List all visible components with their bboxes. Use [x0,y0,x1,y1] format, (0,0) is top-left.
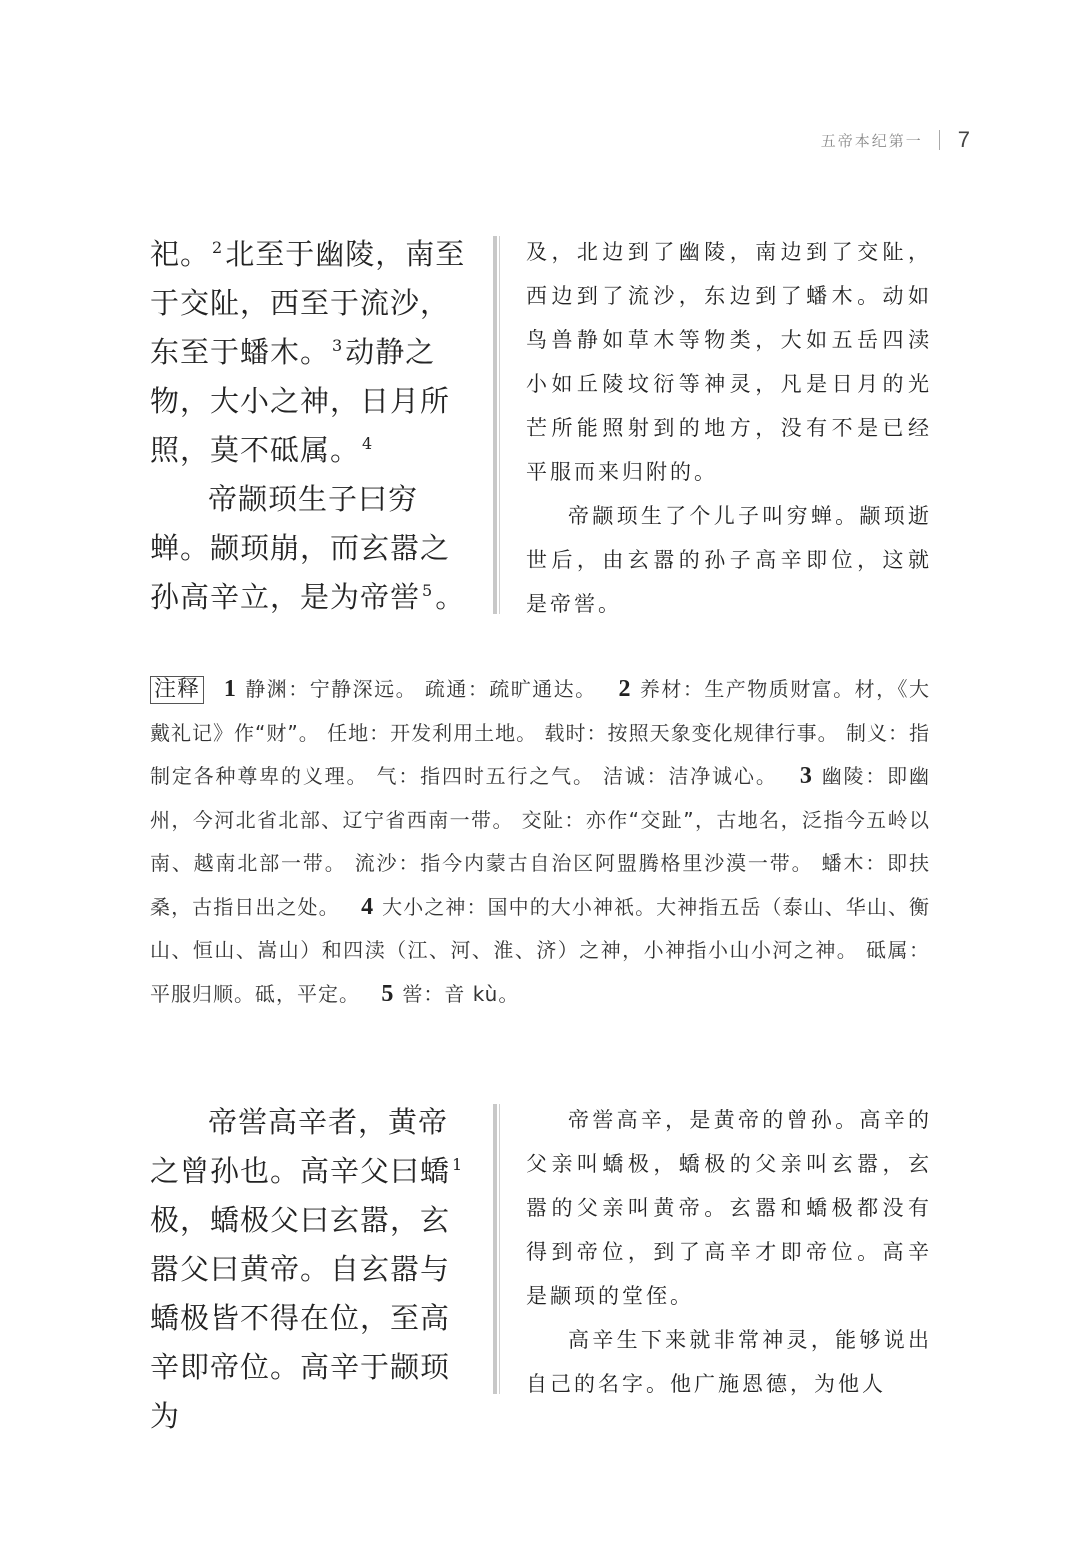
original-paragraph: 帝颛顼生子曰穷蝉。颛顼崩，而玄嚣之孙高辛立，是为帝喾5。 [150,475,468,622]
footnote-ref: 3 [332,336,343,355]
annotations: 注释 1静渊：宁静深远。 疏通：疏旷通达。 2养材：生产物质财富。材，《大戴礼记… [150,668,930,1016]
translation-text: 及，北边到了幽陵，南边到了交阯，西边到了流沙，东边到了蟠木。动如鸟兽静如草木等物… [526,230,932,626]
footnote-ref: 5 [422,581,433,600]
column-divider [493,1104,503,1394]
header-divider [939,130,940,150]
translation-paragraph: 帝喾高辛，是黄帝的曾孙。高辛的父亲叫蟜极，蟜极的父亲叫玄嚣，玄嚣的父亲叫黄帝。玄… [526,1098,932,1318]
translation-paragraph: 帝颛顼生了个儿子叫穷蝉。颛顼逝世后，由玄嚣的孙子高辛即位，这就是帝喾。 [526,494,932,626]
original-paragraph: 祀。2北至于幽陵，南至于交阯，西至于流沙，东至于蟠木。3动静之物，大小之神，日月… [150,230,468,475]
note-number: 1 [224,676,237,702]
page-number: 7 [958,127,970,153]
chapter-title: 五帝本纪第一 [821,130,923,151]
footnote-ref: 4 [362,434,373,453]
translation-paragraph: 及，北边到了幽陵，南边到了交阯，西边到了流沙，东边到了蟠木。动如鸟兽静如草木等物… [526,230,932,494]
column-divider [493,236,503,614]
original-text: 帝喾高辛者，黄帝之曾孙也。高辛父曰蟜1极，蟜极父曰玄嚣，玄嚣父曰黄帝。自玄嚣与蟜… [150,1098,468,1441]
section-1: 祀。2北至于幽陵，南至于交阯，西至于流沙，东至于蟠木。3动静之物，大小之神，日月… [150,230,930,620]
note-number: 5 [381,981,394,1007]
running-header: 五帝本纪第一 7 [780,124,970,156]
note-number: 3 [800,763,813,789]
notes-label: 注释 [150,676,204,704]
footnote-ref: 2 [212,238,223,257]
translation-text: 帝喾高辛，是黄帝的曾孙。高辛的父亲叫蟜极，蟜极的父亲叫玄嚣，玄嚣的父亲叫黄帝。玄… [526,1098,932,1406]
section-2: 帝喾高辛者，黄帝之曾孙也。高辛父曰蟜1极，蟜极父曰玄嚣，玄嚣父曰黄帝。自玄嚣与蟜… [150,1098,930,1398]
note-text: 喾：音 kù。 [402,982,519,1006]
note-text: 静渊：宁静深远。 疏通：疏旷通达。 [245,677,597,701]
original-paragraph: 帝喾高辛者，黄帝之曾孙也。高辛父曰蟜1极，蟜极父曰玄嚣，玄嚣父曰黄帝。自玄嚣与蟜… [150,1098,468,1441]
translation-paragraph: 高辛生下来就非常神灵，能够说出自己的名字。他广施恩德，为他人 [526,1318,932,1406]
original-text: 祀。2北至于幽陵，南至于交阯，西至于流沙，东至于蟠木。3动静之物，大小之神，日月… [150,230,468,622]
footnote-ref: 1 [452,1155,463,1174]
note-number: 2 [618,676,631,702]
note-number: 4 [361,894,374,920]
